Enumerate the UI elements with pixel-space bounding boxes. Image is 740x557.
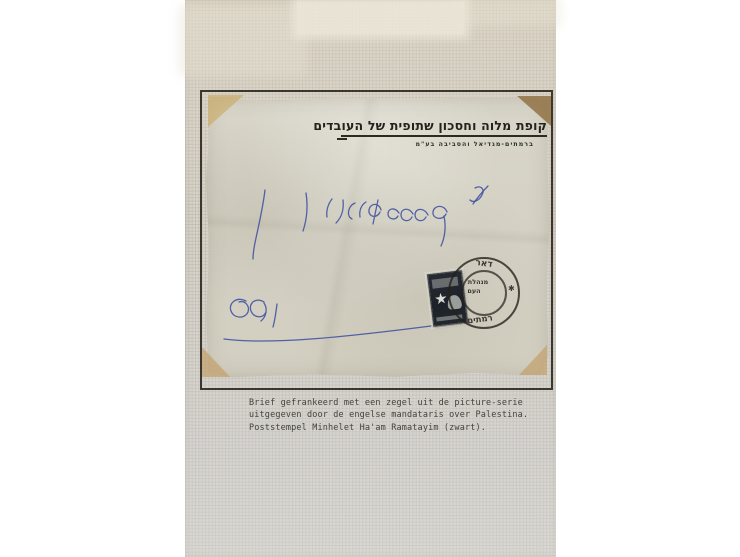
envelope: קופת מלוה וחסכון שתופית של העובדים ברמתי… — [205, 96, 550, 378]
caption-typewritten: Brief gefrankeerd met een zegel uit de p… — [249, 397, 528, 434]
header-rule-tick — [337, 138, 347, 140]
paper-light-patch-right — [463, 0, 556, 22]
envelope-printed-subheader: ברמתים-מגדיאל והסביבה בע"מ — [415, 141, 534, 148]
caption-line-2: uitgegeven door de engelse mandataris ov… — [249, 409, 528, 421]
paper-light-patch-center — [297, 2, 464, 34]
stamp-star-motif — [434, 292, 447, 305]
paper-light-patch-left — [185, 12, 301, 70]
stamp-value-tablet — [436, 314, 462, 321]
caption-line-1: Brief gefrankeerd met een zegel uit de p… — [249, 397, 528, 409]
header-rule — [341, 135, 547, 137]
album-page-photo: קופת מלוה וחסכון שתופית של העובדים ברמתי… — [185, 0, 556, 557]
envelope-printed-header: קופת מלוה וחסכון שתופית של העובדים — [313, 118, 547, 133]
postage-stamp — [427, 270, 468, 327]
scan-canvas: קופת מלוה וחסכון שתופית של העובדים ברמתי… — [0, 0, 740, 557]
stamp-dome-motif — [447, 294, 463, 310]
caption-line-3: Poststempel Minhelet Ha'am Ramatayim (zw… — [249, 422, 528, 434]
stamp-sky-band — [432, 277, 459, 289]
